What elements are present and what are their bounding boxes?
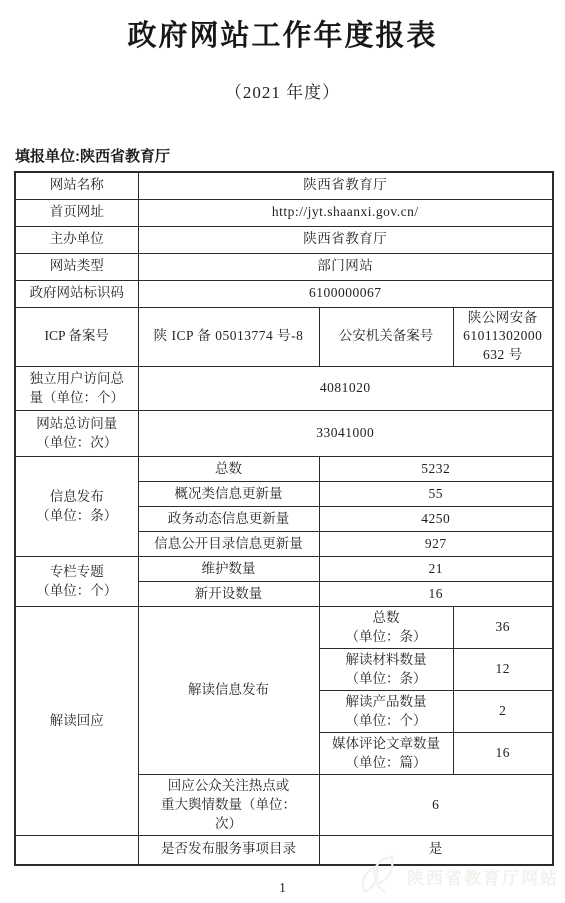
table-row: 首页网址 http://jyt.shaanxi.gov.cn/ (15, 199, 553, 226)
page-number: 1 (0, 881, 565, 897)
police-filing-label: 公安机关备案号 (319, 307, 453, 367)
new-opened-count-label: 新开设数量 (138, 582, 319, 607)
empty-group-cell (15, 836, 138, 865)
page-title: 政府网站工作年度报表 (0, 13, 565, 54)
homepage-url-value: http://jyt.shaanxi.gov.cn/ (138, 199, 553, 226)
open-directory-update-value: 927 (319, 532, 553, 557)
info-publish-total-label: 总数 (138, 457, 319, 482)
table-row: 专栏专题 （单位：个） 维护数量 21 (15, 557, 553, 582)
page-subtitle: （2021 年度） (0, 78, 565, 103)
police-filing-value: 陕公网安备 61011302000 632 号 (453, 307, 553, 367)
table-row: 主办单位 陕西省教育厅 (15, 226, 553, 253)
homepage-url-label: 首页网址 (15, 199, 138, 226)
interpretation-publish-label: 解读信息发布 (138, 607, 319, 775)
interpretation-group-label: 解读回应 (15, 607, 138, 836)
maintained-count-value: 21 (319, 557, 553, 582)
host-unit-value: 陕西省教育厅 (138, 226, 553, 253)
table-row: 网站类型 部门网站 (15, 253, 553, 280)
interpretation-total-value: 36 (453, 607, 553, 649)
host-unit-label: 主办单位 (15, 226, 138, 253)
table-row: 网站总访问量 （单位：次） 33041000 (15, 411, 553, 457)
site-id-code-label: 政府网站标识码 (15, 280, 138, 307)
icp-license-value: 陕 ICP 备 05013774 号-8 (138, 307, 319, 367)
website-type-value: 部门网站 (138, 253, 553, 280)
website-name-value: 陕西省教育厅 (138, 172, 553, 199)
interpretation-total-label: 总数 （单位：条） (319, 607, 453, 649)
unique-visitors-label: 独立用户访问总 量（单位：个） (15, 367, 138, 411)
table-row: 解读回应 解读信息发布 总数 （单位：条） 36 (15, 607, 553, 649)
table-row: 独立用户访问总 量（单位：个） 4081020 (15, 367, 553, 411)
service-directory-value: 是 (319, 836, 553, 865)
reporting-unit-line: 填报单位:陕西省教育厅 (15, 145, 565, 166)
site-id-code-value: 6100000067 (138, 280, 553, 307)
table-row: 政府网站标识码 6100000067 (15, 280, 553, 307)
special-columns-group-label: 专栏专题 （单位：个） (15, 557, 138, 607)
overview-update-value: 55 (319, 482, 553, 507)
website-name-label: 网站名称 (15, 172, 138, 199)
gov-news-update-value: 4250 (319, 507, 553, 532)
unique-visitors-value: 4081020 (138, 367, 553, 411)
info-publish-group-label: 信息发布 （单位：条） (15, 457, 138, 557)
table-row: 是否发布服务事项目录 是 (15, 836, 553, 865)
open-directory-update-label: 信息公开目录信息更新量 (138, 532, 319, 557)
interpretation-product-label: 解读产品数量 （单位：个） (319, 691, 453, 733)
new-opened-count-value: 16 (319, 582, 553, 607)
gov-news-update-label: 政务动态信息更新量 (138, 507, 319, 532)
total-visits-value: 33041000 (138, 411, 553, 457)
public-response-label: 回应公众关注热点或 重大舆情数量（单位： 次） (138, 775, 319, 836)
service-directory-label: 是否发布服务事项目录 (138, 836, 319, 865)
website-type-label: 网站类型 (15, 253, 138, 280)
table-row: 信息发布 （单位：条） 总数 5232 (15, 457, 553, 482)
interpretation-material-value: 12 (453, 649, 553, 691)
info-publish-total-value: 5232 (319, 457, 553, 482)
maintained-count-label: 维护数量 (138, 557, 319, 582)
media-commentary-value: 16 (453, 733, 553, 775)
icp-license-label: ICP 备案号 (15, 307, 138, 367)
interpretation-material-label: 解读材料数量 （单位：条） (319, 649, 453, 691)
interpretation-product-value: 2 (453, 691, 553, 733)
public-response-value: 6 (319, 775, 553, 836)
total-visits-label: 网站总访问量 （单位：次） (15, 411, 138, 457)
media-commentary-label: 媒体评论文章数量 （单位：篇） (319, 733, 453, 775)
table-row: 网站名称 陕西省教育厅 (15, 172, 553, 199)
table-row: ICP 备案号 陕 ICP 备 05013774 号-8 公安机关备案号 陕公网… (15, 307, 553, 367)
annual-report-table: 网站名称 陕西省教育厅 首页网址 http://jyt.shaanxi.gov.… (14, 171, 554, 866)
overview-update-label: 概况类信息更新量 (138, 482, 319, 507)
